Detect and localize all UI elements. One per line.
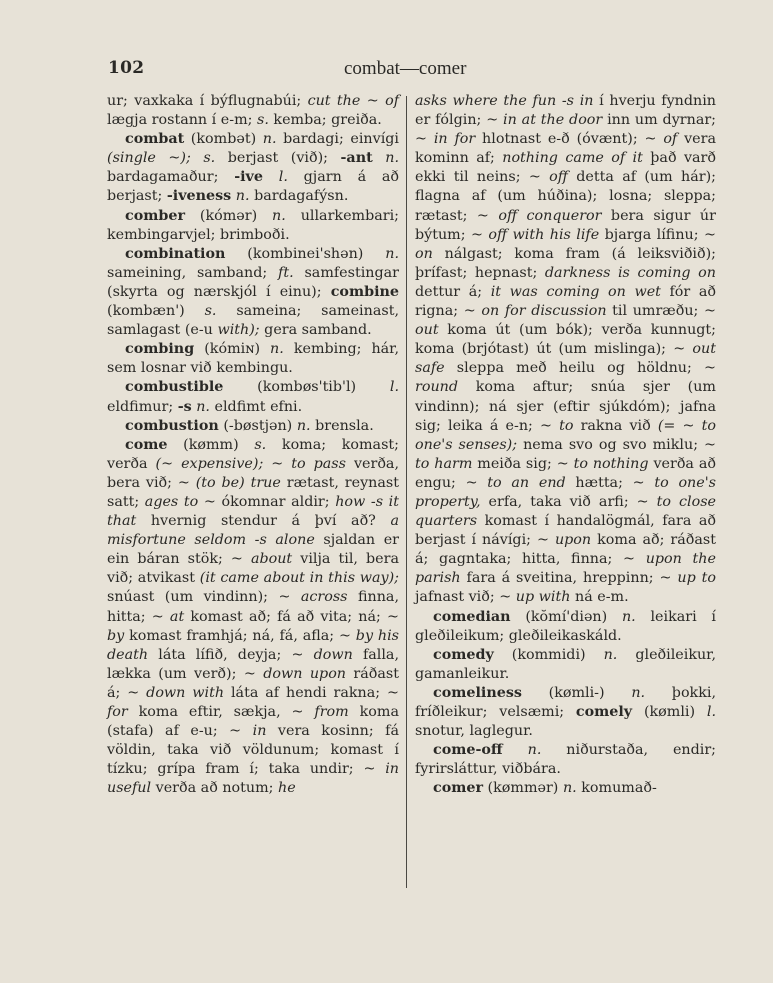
definition-text: inn um dyrnar;	[602, 112, 716, 128]
headword: -iveness	[167, 188, 231, 204]
definition-text: (kómiɴ)	[194, 341, 270, 357]
dictionary-entry: come (kømm) s. koma; komast; verða (~ ex…	[107, 436, 399, 799]
italic-phrase: ~ down upon	[244, 666, 346, 682]
headword: comedy	[433, 647, 494, 663]
definition-text: láta af hendi rakna;	[224, 685, 387, 701]
headword: -ant	[341, 150, 373, 166]
headword: combing	[125, 341, 194, 357]
definition-text: (kømm)	[167, 437, 254, 453]
italic-phrase: l.	[390, 379, 399, 395]
italic-phrase: ft.	[278, 265, 294, 281]
italic-phrase: ~ off with his life	[471, 227, 599, 243]
italic-phrase: ~ of	[645, 131, 678, 147]
italic-phrase: asks where the fun -s in	[415, 93, 593, 109]
definition-text: hlotnast e-ð (óvænt);	[475, 131, 644, 147]
definition-text: nema svo og svo miklu;	[517, 437, 704, 453]
definition-text: (kŏmí'diən)	[511, 609, 622, 625]
italic-phrase: n.	[297, 418, 311, 434]
definition-text: (kømli)	[632, 704, 707, 720]
headword: combine	[331, 284, 399, 300]
italic-phrase: s.	[257, 112, 269, 128]
italic-phrase: ~ across	[278, 589, 347, 605]
definition-text: (kómər)	[185, 208, 272, 224]
italic-phrase: n.	[563, 780, 577, 796]
italic-phrase: ~ at	[152, 609, 184, 625]
italic-phrase: s.	[254, 437, 266, 453]
definition-text: (-bøstjən)	[219, 418, 297, 434]
definition-text: snúast (um vindinn);	[107, 589, 278, 605]
definition-text: berjast (við);	[215, 150, 340, 166]
dictionary-entry: comeliness (kømli-) n. þokki, fríðleikur…	[415, 684, 716, 741]
italic-phrase: ~ upon	[537, 532, 591, 548]
italic-phrase: n.	[622, 609, 636, 625]
dictionary-entry: combustion (-bøstjən) n. brensla.	[107, 417, 399, 436]
italic-phrase: s.	[205, 303, 217, 319]
italic-phrase: it was coming on wet	[491, 284, 661, 300]
italic-phrase: (single ~);	[107, 150, 191, 166]
italic-phrase: ~ up to	[660, 570, 717, 586]
definition-text: ur; vaxkaka í býflugnabúi;	[107, 93, 308, 109]
italic-phrase: ~ down	[291, 647, 352, 663]
italic-phrase: ~ on for discussion	[464, 303, 607, 319]
italic-phrase: nothing came of it	[502, 150, 643, 166]
dictionary-entry: combination (kombinei'shən) n. sameining…	[107, 245, 399, 340]
definition-text: komumað-	[577, 780, 657, 796]
italic-phrase: ~ up with	[499, 589, 570, 605]
italic-phrase: ~ in at the door	[486, 112, 602, 128]
definition-text: bjarga lífinu;	[599, 227, 704, 243]
definition-text: kemba; greiða.	[269, 112, 382, 128]
headword: combat	[125, 131, 184, 147]
italic-phrase: (~ expensive);	[156, 456, 264, 472]
definition-text: koma út (um bók); verða kunnugt; koma (b…	[415, 322, 716, 357]
definition-text: koma eftir, sækja,	[128, 704, 292, 720]
italic-phrase: ages to ~	[145, 494, 216, 510]
definition-text: (kømli-)	[522, 685, 631, 701]
definition-text: fara á sveitina, hreppinn;	[461, 570, 660, 586]
headword: comely	[576, 704, 632, 720]
definition-text: jafnast við;	[415, 589, 499, 605]
headword: -ive	[234, 169, 263, 185]
entry-continuation: ur; vaxkaka í býflugnabúi; cut the ~ of …	[107, 92, 399, 130]
definition-text: láta lífið, deyja;	[148, 647, 291, 663]
page-header: 102 combat—comer	[108, 58, 718, 82]
italic-phrase: ~ to	[540, 418, 573, 434]
dictionary-entry: comer (kømmər) n. komumað-	[415, 779, 716, 798]
italic-phrase: ~ down with	[127, 685, 224, 701]
headword: combustion	[125, 418, 219, 434]
italic-phrase: n.	[236, 188, 250, 204]
definition-text: lægja rostann í e-m;	[107, 112, 257, 128]
headword: combination	[125, 246, 225, 262]
definition-text: bardagi; einvígi	[277, 131, 400, 147]
definition-text	[263, 169, 279, 185]
definition-text: bardagamaður;	[107, 169, 234, 185]
definition-text	[191, 150, 204, 166]
dictionary-entry: comedy (kommidi) n. gleðileikur, gamanle…	[415, 646, 716, 684]
italic-phrase: ~ in	[229, 723, 266, 739]
definition-text: dettur á;	[415, 284, 491, 300]
definition-text: sleppa með heilu og höldnu;	[445, 360, 704, 376]
italic-phrase: n.	[272, 208, 286, 224]
definition-text: (kombæn')	[107, 303, 205, 319]
italic-phrase: n.	[385, 246, 399, 262]
headword: come	[125, 437, 167, 453]
italic-phrase: n.	[263, 131, 277, 147]
italic-phrase: l.	[707, 704, 716, 720]
italic-phrase: ~ off conqueror	[477, 208, 602, 224]
headword: comedian	[433, 609, 511, 625]
italic-phrase: n.	[270, 341, 284, 357]
headword: combustible	[125, 379, 223, 395]
italic-phrase: ~ (to be) true	[178, 475, 281, 491]
italic-phrase: with);	[217, 322, 259, 338]
headword: comer	[433, 780, 483, 796]
dictionary-entry: comedian (kŏmí'diən) n. leikari í gleðil…	[415, 608, 716, 646]
left-column: ur; vaxkaka í býflugnabúi; cut the ~ of …	[107, 92, 399, 798]
definition-text: hætta;	[566, 475, 633, 491]
definition-text: ókomnar aldir;	[216, 494, 335, 510]
italic-phrase: l.	[279, 169, 288, 185]
italic-phrase: ~ to an end	[466, 475, 566, 491]
italic-phrase: s.	[203, 150, 215, 166]
italic-phrase: n.	[196, 399, 210, 415]
column-divider	[406, 96, 407, 888]
definition-text: eldfimt efni.	[210, 399, 302, 415]
dictionary-entry: combustible (kombøs'tib'l) l. eldfimur; …	[107, 378, 399, 416]
italic-phrase: n.	[528, 742, 542, 758]
italic-phrase: darkness is coming on	[545, 265, 716, 281]
page-number: 102	[108, 58, 144, 78]
italic-phrase: ~ to pass	[271, 456, 346, 472]
definition-text: sameining, samband;	[107, 265, 278, 281]
italic-phrase: n.	[604, 647, 618, 663]
italic-phrase: ~ about	[231, 551, 292, 567]
definition-text: gera samband.	[260, 322, 372, 338]
italic-phrase: he	[278, 780, 296, 796]
italic-phrase: n.	[385, 150, 399, 166]
definition-text: brensla.	[311, 418, 374, 434]
definition-text: komast framhjá; ná, fá, afla;	[124, 628, 339, 644]
headword: come-off	[433, 742, 503, 758]
dictionary-entry: combing (kómiɴ) n. kembing; hár, sem los…	[107, 340, 399, 378]
definition-text: rakna við	[573, 418, 657, 434]
italic-phrase: ~ in for	[415, 131, 475, 147]
definition-text: (kommidi)	[494, 647, 604, 663]
headword: comber	[125, 208, 185, 224]
definition-text: (kombinei'shən)	[225, 246, 385, 262]
definition-text: bardagafýsn.	[250, 188, 349, 204]
definition-text	[503, 742, 528, 758]
italic-phrase: (it came about in this way);	[200, 570, 399, 586]
definition-text: til umræðu;	[607, 303, 704, 319]
definition-text: komast að; fá að vita; ná;	[184, 609, 387, 625]
entry-continuation: asks where the fun -s in í hverju fyndni…	[415, 92, 716, 608]
dictionary-entry: come-off n. niðurstaða, endir; fyrirslát…	[415, 741, 716, 779]
definition-text: meiða sig;	[472, 456, 556, 472]
definition-text: (kombøs'tib'l)	[223, 379, 390, 395]
dictionary-entry: comber (kómər) n. ullarkembari; kembinga…	[107, 207, 399, 245]
definition-text: snotur, laglegur.	[415, 723, 533, 739]
definition-text: erfa, taka við arfi;	[481, 494, 637, 510]
headword: comeliness	[433, 685, 522, 701]
italic-phrase: ~ from	[292, 704, 349, 720]
italic-phrase: ~ off	[529, 169, 568, 185]
definition-text: ná e-m.	[570, 589, 628, 605]
definition-text: hvernig stendur á því að?	[136, 513, 390, 529]
italic-phrase: n.	[631, 685, 645, 701]
running-head: combat—comer	[344, 58, 466, 80]
dictionary-entry: combat (kombət) n. bardagi; einvígi (sin…	[107, 130, 399, 206]
definition-text: (kømmər)	[483, 780, 563, 796]
definition-text: verða að notum;	[151, 780, 278, 796]
right-column: asks where the fun -s in í hverju fyndni…	[415, 92, 716, 798]
definition-text: eldfimur;	[107, 399, 178, 415]
headword: -s	[178, 399, 192, 415]
definition-text	[373, 150, 386, 166]
definition-text: (kombət)	[184, 131, 263, 147]
italic-phrase: ~ to nothing	[557, 456, 649, 472]
italic-phrase: cut the ~ of	[308, 93, 399, 109]
